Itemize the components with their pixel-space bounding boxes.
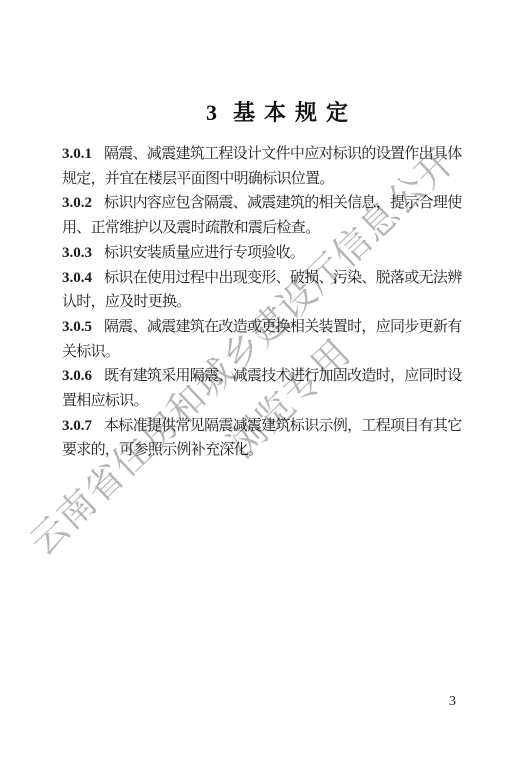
clause-3-0-6-text: 既有建筑采用隔震、减震技术进行加固改造时，应同时设	[104, 368, 462, 384]
clause-3-0-1-number: 3.0.1	[62, 146, 92, 162]
section-number: 3	[206, 100, 217, 125]
clause-3-0-1-text: 隔震、减震建筑工程设计文件中应对标识的设置作出具体	[104, 146, 462, 162]
page-number: 3	[449, 694, 456, 710]
section-name: 基本规定	[233, 100, 357, 125]
clause-3-0-2-number: 3.0.2	[62, 195, 92, 211]
clause-3-0-4-number: 3.0.4	[62, 270, 92, 286]
clause-3-0-2-text: 标识内容应包含隔震、减震建筑的相关信息，提示合理使	[104, 195, 462, 211]
clause-3-0-2-line-2: 用、正常维护以及震时疏散和震后检查。	[62, 216, 464, 241]
clause-3-0-4-line-1: 3.0.4标识在使用过程中出现变形、破损、污染、脱落或无法辨	[62, 266, 464, 291]
clause-3-0-6-number: 3.0.6	[62, 368, 92, 384]
clause-3-0-2-line-1: 3.0.2标识内容应包含隔震、减震建筑的相关信息，提示合理使	[62, 191, 464, 216]
clause-3-0-5-number: 3.0.5	[62, 319, 92, 335]
clause-3-0-4-text: 标识在使用过程中出现变形、破损、污染、脱落或无法辨	[104, 270, 462, 286]
document-page: 云南省住房和城乡建设厅信息公开 浏览专用 3基本规定 3.0.1隔震、减震建筑工…	[0, 0, 529, 767]
clause-3-0-1-line-2: 规定，并宜在楼层平面图中明确标识位置。	[62, 167, 464, 192]
clause-3-0-7-line-2: 要求的，可参照示例补充深化。	[62, 438, 464, 463]
clause-3-0-4-line-2: 认时，应及时更换。	[62, 290, 464, 315]
clause-3-0-7-number: 3.0.7	[62, 418, 92, 434]
clause-3-0-7-line-1: 3.0.7本标准提供常见隔震减震建筑标识示例，工程项目有其它	[62, 414, 464, 439]
clause-3-0-1-line-1: 3.0.1隔震、减震建筑工程设计文件中应对标识的设置作出具体	[62, 142, 464, 167]
clause-3-0-3-line-1: 3.0.3标识安装质量应进行专项验收。	[62, 241, 464, 266]
section-title: 3基本规定	[0, 100, 529, 126]
clause-3-0-7-text: 本标准提供常见隔震减震建筑标识示例，工程项目有其它	[104, 418, 462, 434]
clause-3-0-5-line-2: 关标识。	[62, 340, 464, 365]
clause-3-0-5-text: 隔震、减震建筑在改造或更换相关装置时，应同步更新有	[104, 319, 462, 335]
clause-3-0-3-number: 3.0.3	[62, 245, 92, 261]
clause-3-0-3-text: 标识安装质量应进行专项验收。	[104, 245, 304, 261]
clause-3-0-6-line-1: 3.0.6既有建筑采用隔震、减震技术进行加固改造时，应同时设	[62, 364, 464, 389]
clause-list: 3.0.1隔震、减震建筑工程设计文件中应对标识的设置作出具体 规定，并宜在楼层平…	[62, 142, 464, 463]
clause-3-0-6-line-2: 置相应标识。	[62, 389, 464, 414]
clause-3-0-5-line-1: 3.0.5隔震、减震建筑在改造或更换相关装置时，应同步更新有	[62, 315, 464, 340]
